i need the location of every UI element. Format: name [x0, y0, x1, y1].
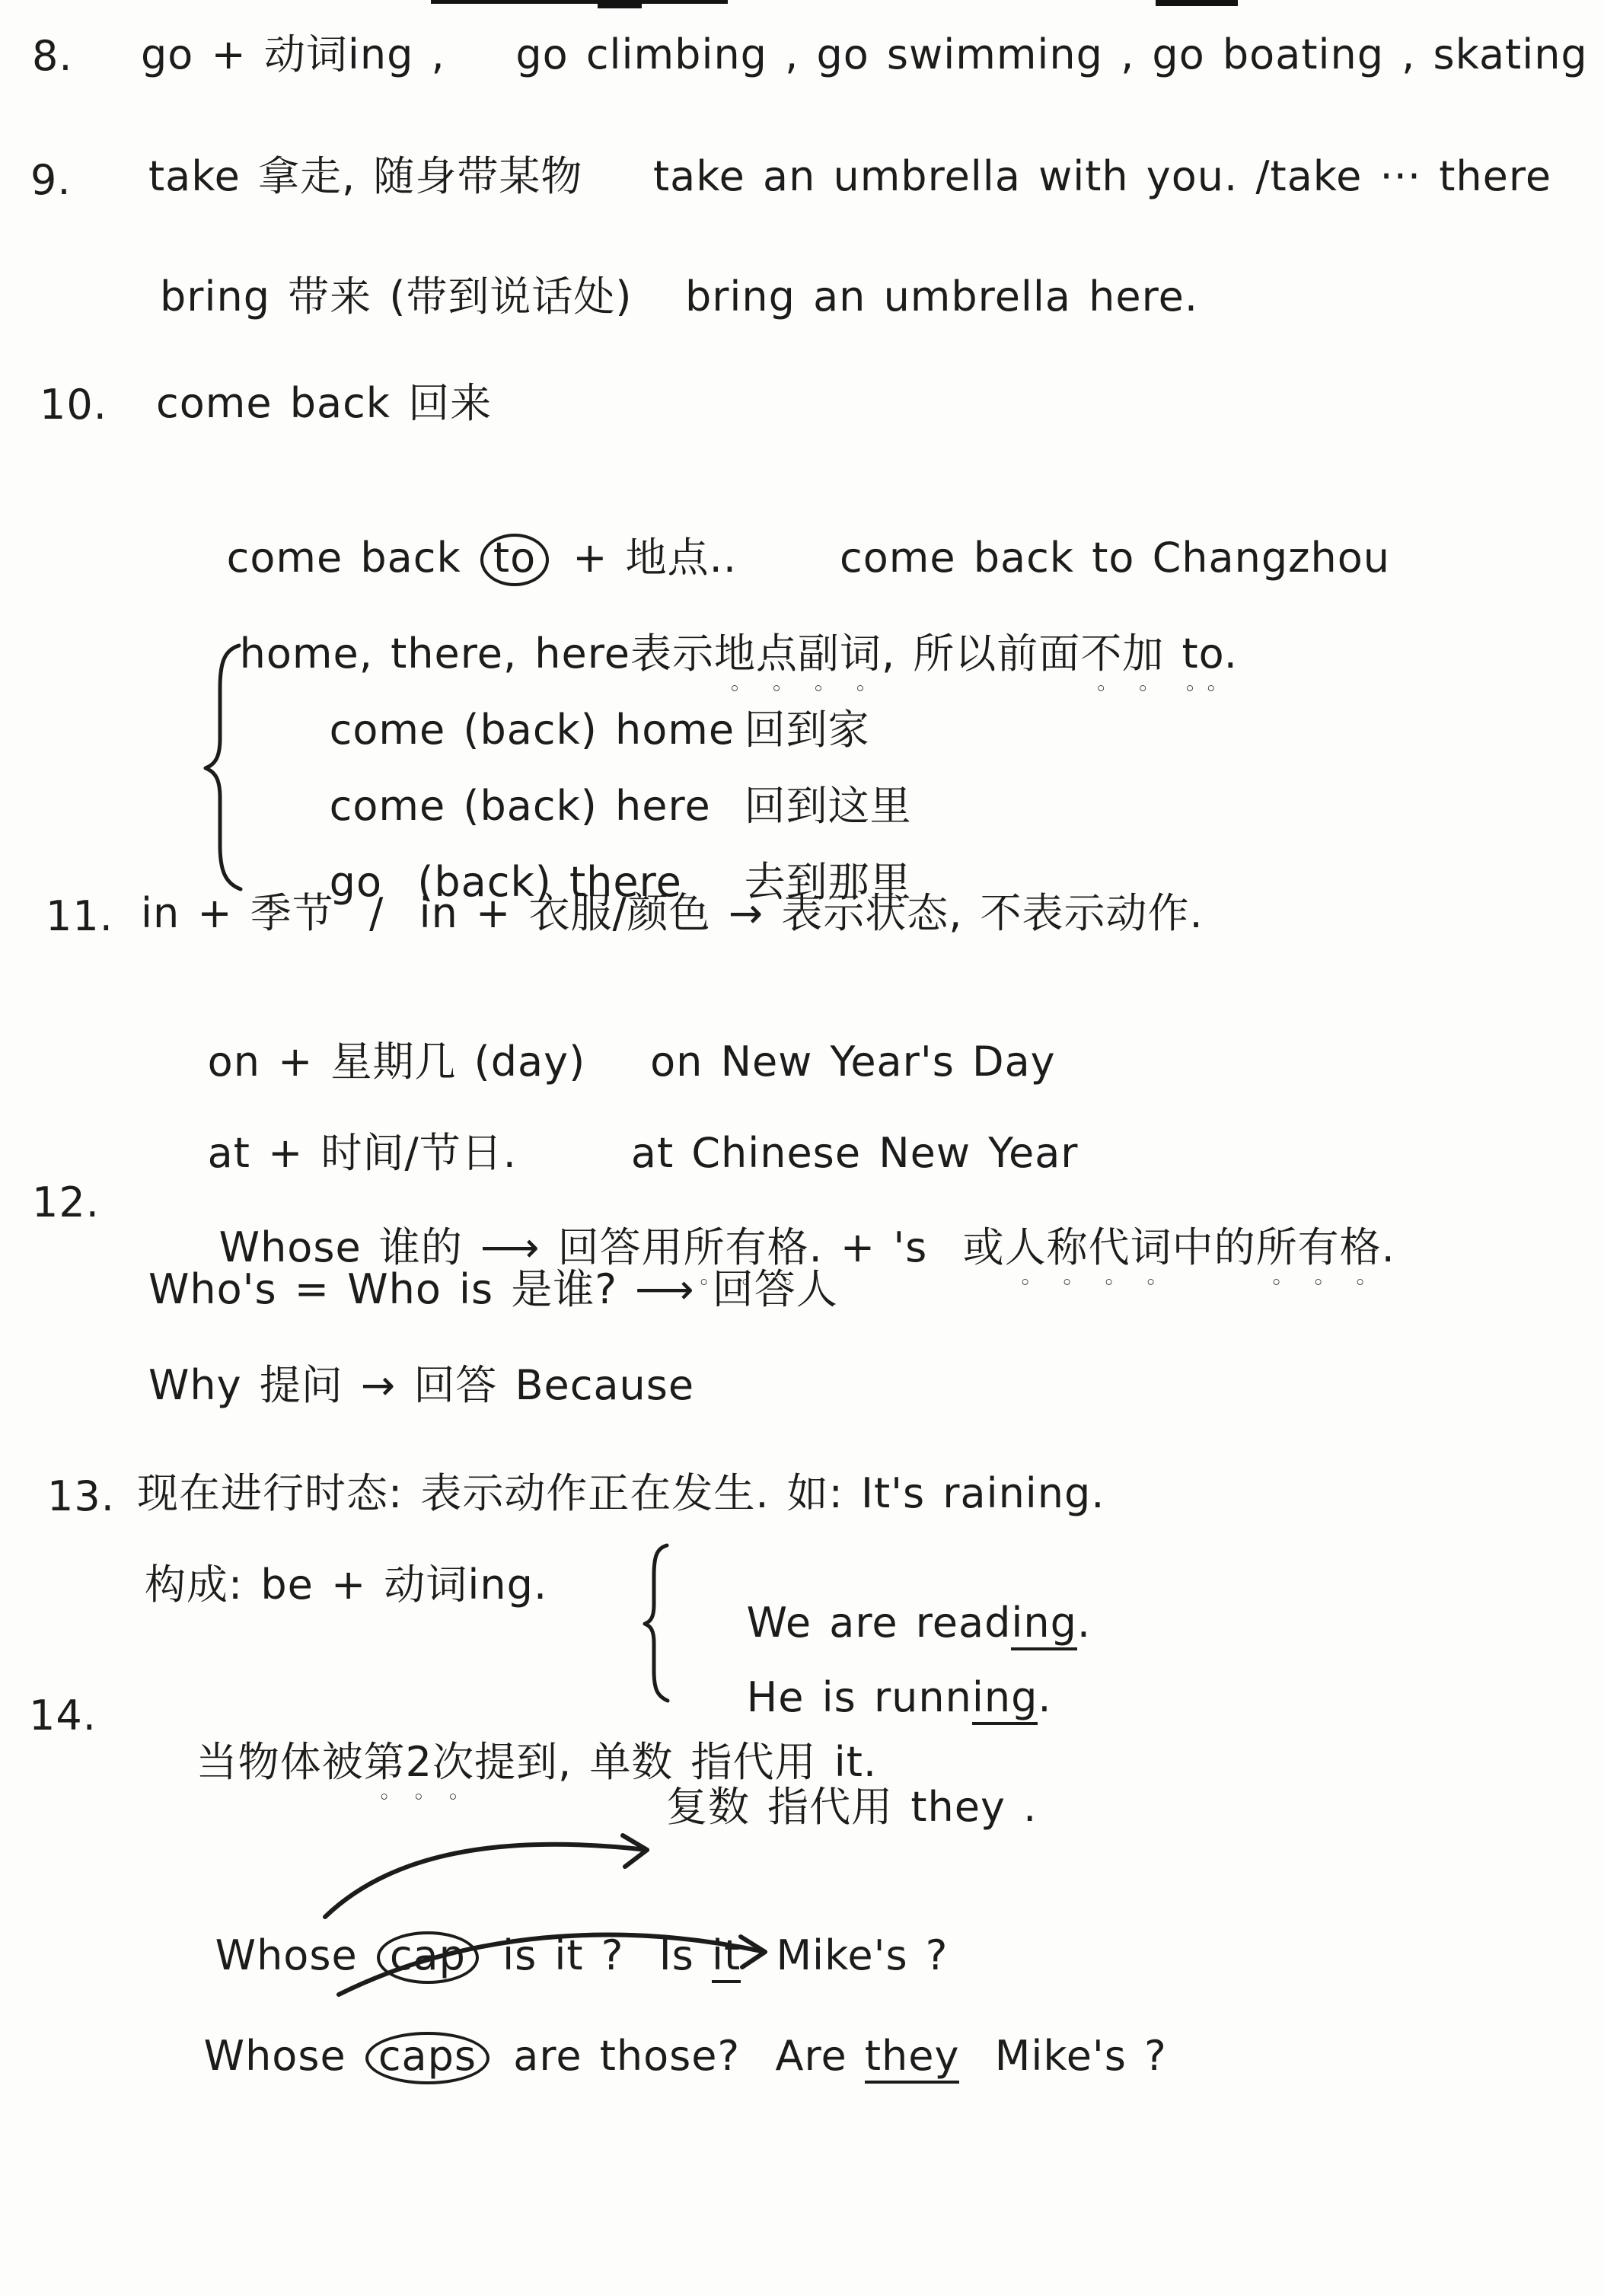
emphasized-text: 所有格 — [1256, 1223, 1382, 1271]
circled-caps: caps — [365, 2032, 489, 2085]
item-12-whose-line: Whose 谁的 ⟶ 回答用所有格. + 's 或人称代词中的所有格. — [148, 1174, 1395, 1344]
circled-to: to — [480, 534, 549, 587]
scan-artifact — [1156, 0, 1238, 6]
at-rule: at + 时间/节日. — [208, 1129, 517, 1177]
example-pre: Whose — [204, 2032, 364, 2080]
item-13-number: 13. — [47, 1472, 115, 1522]
rule-pre: 当物体被 — [196, 1738, 364, 1786]
item-13-form-line: 构成: be + 动词ing. — [145, 1561, 547, 1610]
on-rule: on + 星期几 (day) — [208, 1038, 585, 1086]
emphasized-text: 人称代词 — [1005, 1223, 1172, 1271]
example-end: . — [1077, 1599, 1091, 1647]
rule-mid: 提到, 单数 指代用 it. — [474, 1738, 877, 1786]
whose-mid: . + 's 或 — [809, 1223, 1005, 1271]
emphasized-text: 第2次 — [364, 1738, 474, 1786]
item-14-plural-line: 复数 指代用 they . — [666, 1783, 1037, 1832]
item-10-number: 10. — [40, 381, 107, 430]
item-9-number: 9. — [30, 156, 72, 206]
item-9-bring-line: bring 带来 (带到说话处) bring an umbrella here. — [160, 273, 1198, 322]
curly-brace-icon — [639, 1542, 676, 1704]
item-11-number: 11. — [46, 892, 113, 942]
emphasized-text: 不加 to — [1080, 630, 1223, 678]
item-11-in-line: in + 季节 / in + 衣服/颜色 → 表示状态, 不表示动作. — [141, 889, 1204, 939]
on-example: on New Year's Day — [650, 1038, 1055, 1086]
emphasized-text: 所有格 — [684, 1223, 809, 1271]
item-9-take-line: take 拿走, 随身带某物 take an umbrella with you… — [148, 152, 1551, 202]
item-14-number: 14. — [29, 1692, 97, 1741]
underlined-ing: ing — [972, 1673, 1038, 1725]
at-example: at Chinese New Year — [631, 1129, 1079, 1177]
item-10-head: come back 回来 — [156, 379, 492, 429]
item-13-definition-line: 现在进行时态: 表示动作正在发生. 如: It's raining. — [137, 1469, 1105, 1519]
item-14-plural-example: Whose caps are those? Are they Mike's ? — [133, 1982, 1167, 2134]
example-end: Mike's ? — [959, 2032, 1166, 2080]
note-end: . — [1224, 630, 1238, 678]
rule-example: come back to Changzhou — [840, 534, 1390, 582]
notes-page: 8. go + 动词ing , go climbing , go swimmin… — [0, 0, 1604, 2296]
underlined-they: they — [865, 2032, 960, 2084]
scan-artifact — [598, 0, 642, 8]
rule-post: + 地点.. — [555, 534, 737, 582]
note-mid: , 所以前面 — [882, 630, 1080, 678]
item-8-number: 8. — [32, 32, 73, 81]
example-end: . — [1038, 1673, 1051, 1721]
item-12-number: 12. — [32, 1178, 100, 1228]
whose-mid2: 中的 — [1172, 1223, 1256, 1271]
whose-pre: Whose 谁的 ⟶ 回答用 — [219, 1223, 684, 1271]
curly-brace-icon — [199, 641, 253, 894]
item-8-text: go + 动词ing , go climbing , go swimming ,… — [141, 30, 1588, 80]
scan-artifact — [431, 0, 728, 4]
rule-pre: come back — [227, 534, 479, 582]
whose-end: . — [1382, 1223, 1395, 1271]
example-mid: are those? Are — [496, 2032, 865, 2080]
item-12-why-line: Why 提问 → 回答 Because — [148, 1361, 694, 1411]
item-12-whos-line: Who's = Who is 是谁? ⟶ 回答人 — [148, 1265, 838, 1315]
